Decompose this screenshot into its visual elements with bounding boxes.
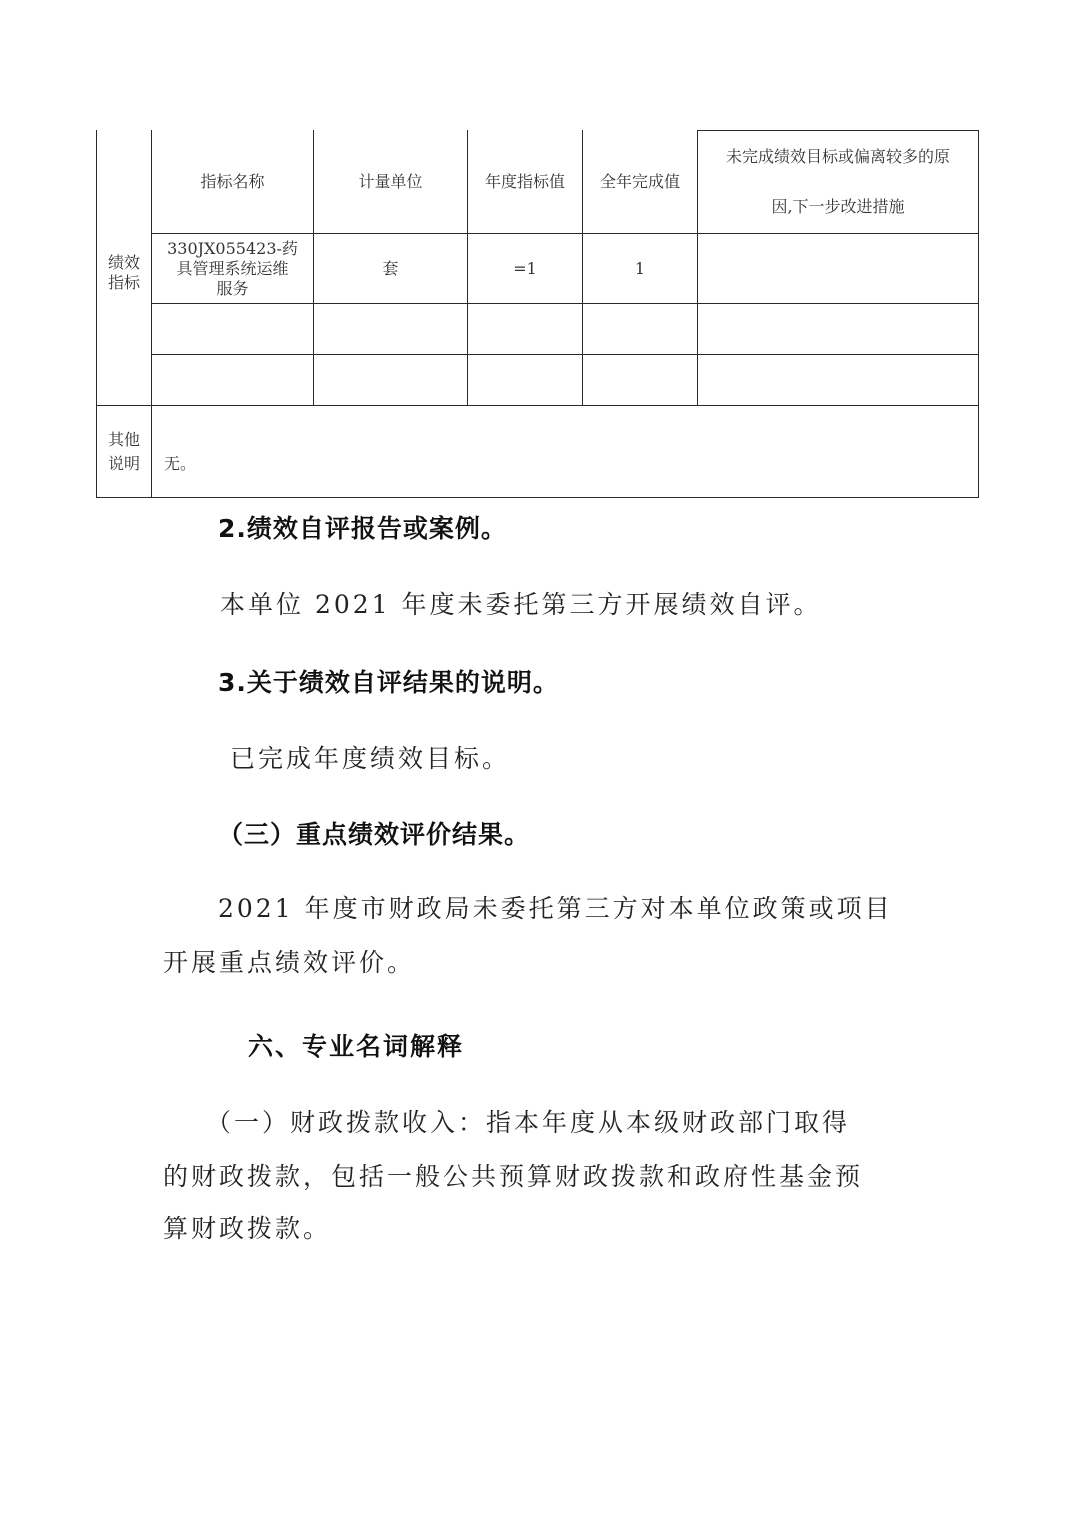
row-label-performance-indicators: 绩效 指标 [97, 130, 151, 406]
cell-annual-target: =1 [468, 234, 582, 303]
header-annual-completed: 全年完成值 [583, 130, 697, 233]
definition-line2: 的财政拨款，包括一般公共预算财政拨款和政府性基金预 [163, 1161, 863, 1193]
header-unit: 计量单位 [314, 130, 467, 233]
cell-indicator-name-empty [152, 304, 313, 354]
header-indicator-name: 指标名称 [152, 130, 313, 233]
cell-unit-empty [314, 355, 467, 405]
cell-reason-empty [698, 355, 978, 405]
row-label-other-notes: 其他 说明 [97, 406, 151, 497]
cell-annual-target-empty [468, 355, 582, 405]
header-reason-improvement: 未完成绩效目标或偏离较多的原 因,下一步改进措施 [698, 131, 978, 233]
paragraph-self-evaluation-results: 已完成年度绩效目标。 [230, 743, 510, 775]
cell-unit-empty [314, 304, 467, 354]
cell-indicator-name: 330JX055423-药 具管理系统运维 服务 [152, 234, 313, 303]
header-annual-target: 年度指标值 [468, 130, 582, 233]
section-heading-key-evaluation-results: （三）重点绩效评价结果。 [218, 819, 530, 851]
cell-other-notes-value: 无。 [152, 406, 978, 497]
cell-annual-completed-empty [583, 304, 697, 354]
paragraph-key-evaluation-line1: 2021 年度市财政局未委托第三方对本单位政策或项目 [218, 893, 893, 925]
paragraph-key-evaluation-line2: 开展重点绩效评价。 [163, 947, 415, 979]
cell-indicator-name-empty [152, 355, 313, 405]
row-label-line: 绩效 [108, 253, 140, 273]
definition-line1: （一）财政拨款收入：指本年度从本级财政部门取得 [206, 1107, 850, 1139]
cell-annual-completed: 1 [583, 234, 697, 303]
chapter-heading-glossary: 六、专业名词解释 [248, 1031, 464, 1063]
definition-line3: 算财政拨款。 [163, 1213, 331, 1245]
table-border-bottom [96, 497, 979, 498]
cell-annual-completed-empty [583, 355, 697, 405]
table-border-right [978, 130, 979, 498]
paragraph-self-evaluation-report: 本单位 2021 年度未委托第三方开展绩效自评。 [220, 589, 822, 621]
document-page: 绩效 指标 指标名称 计量单位 年度指标值 全年完成值 未完成绩效目标或偏离较多… [0, 0, 1074, 1520]
cell-reason-empty [698, 304, 978, 354]
cell-unit: 套 [314, 234, 467, 303]
section-heading-self-evaluation-report: 2.绩效自评报告或案例。 [218, 513, 507, 545]
section-heading-self-evaluation-results: 3.关于绩效自评结果的说明。 [218, 667, 559, 699]
cell-reason [698, 234, 978, 303]
cell-annual-target-empty [468, 304, 582, 354]
row-label-line: 指标 [108, 273, 140, 293]
